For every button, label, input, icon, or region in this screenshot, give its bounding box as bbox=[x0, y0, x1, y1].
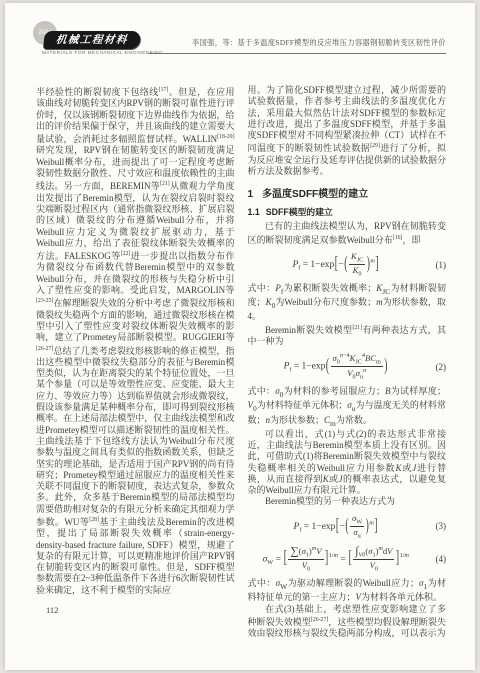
body-paragraph: 式中：σ0为材料的参考屈服应力；B为试样厚度；V0为材料特征单元体积；σu为与温… bbox=[248, 386, 447, 428]
body-paragraph: Beremin模型的另一种表达方式为 bbox=[248, 496, 447, 507]
journal-logo-banner: 机械工程材料 bbox=[43, 31, 141, 49]
equation-number: (3) bbox=[424, 521, 446, 531]
left-column: 半经验性的断裂韧度下包络线[17]。但是，在应用该曲线对韧脆转变区内RPV钢的断… bbox=[36, 85, 235, 640]
two-column-body: 半经验性的断裂韧度下包络线[17]。但是，在应用该曲线对韧脆转变区内RPV钢的断… bbox=[36, 85, 446, 640]
equation-number: (4) bbox=[424, 554, 446, 564]
equation-4: σW = [∑(σ1)mVV0]1/m = [∫V0(σ1)mdVV0]1/m … bbox=[248, 545, 447, 573]
body-paragraph-continuation: 半经验性的断裂韧度下包络线[17]。但是，在应用该曲线对韧脆转变区内RPV钢的断… bbox=[36, 85, 235, 596]
section-heading-1-1: 1.1SDFF模型的建立 bbox=[248, 205, 447, 218]
body-paragraph: 可以看出，式(1)与式(2)的表达形式非常接近，主曲线法与Beremin模型本质… bbox=[248, 429, 447, 497]
body-paragraph: Beremin断裂失效模型[21]有两种表达方式，其中一种为 bbox=[248, 323, 447, 348]
subsection-title: SDFF模型的建立 bbox=[266, 207, 333, 217]
equation-1: Pf = 1−exp[−(KJCK0)m] (1) bbox=[248, 251, 447, 278]
section-number: 1 bbox=[248, 189, 254, 200]
right-column: 用。为了简化SDFF模型建立过程，减少所需要的试验数据量，作者参考主曲线法的多温… bbox=[248, 85, 447, 640]
equation-3: Pf = 1−exp[−(σWσu)m] (3) bbox=[248, 513, 447, 540]
section-heading-1: 1多温度SDFF模型的建立 bbox=[248, 185, 447, 200]
section-title: 多温度SDFF模型的建立 bbox=[262, 189, 368, 200]
body-paragraph: 式中：σW为驱动解理断裂的Weibull应力；σ1为材料特征单元的第一主应力；V… bbox=[248, 578, 447, 603]
equation-number: (2) bbox=[424, 362, 446, 372]
page-number: 112 bbox=[46, 605, 58, 615]
subsection-number: 1.1 bbox=[248, 207, 260, 217]
body-paragraph: 在式(3)基础上，考虑塑性应变影响建立了多种断裂失效模型[26-27]，这些模型… bbox=[248, 604, 447, 640]
scanned-paper-page: 2024 机械工程材料 MATERIALS FOR MECHANICAL ENG… bbox=[0, 0, 480, 673]
body-paragraph: 用。为了简化SDFF模型建立过程，减少所需要的试验数据量，作者参考主曲线法的多温… bbox=[248, 85, 447, 177]
equation-body: Pf = 1−exp(σ0n−4KJC4BCmV0σun) bbox=[248, 352, 425, 381]
journal-title-cn: 机械工程材料 bbox=[55, 35, 128, 46]
page-header: 2024 机械工程材料 MATERIALS FOR MECHANICAL ENG… bbox=[36, 25, 446, 61]
equation-2: Pf = 1−exp(σ0n−4KJC4BCmV0σun) (2) bbox=[248, 352, 447, 381]
equation-body: Pf = 1−exp[−(KJCK0)m] bbox=[248, 251, 425, 278]
body-paragraph: 已有的主曲线法模型认为，RPV钢在韧脆转变区的断裂韧度满足双参数Weibull分… bbox=[248, 221, 447, 246]
body-paragraph: 式中：Pf为累积断裂失效概率；KJC为材料断裂韧度；K0为Weibull分布尺度… bbox=[248, 283, 447, 322]
running-head: 李国强，等：基于多温度SDFF模型的反应堆压力容器钢韧脆转变区韧性评价 bbox=[192, 38, 446, 48]
header-rule bbox=[148, 53, 446, 54]
page-sheet: 2024 机械工程材料 MATERIALS FOR MECHANICAL ENG… bbox=[5, 3, 475, 670]
equation-number: (1) bbox=[424, 260, 446, 270]
journal-logo: 2024 机械工程材料 MATERIALS FOR MECHANICAL ENG… bbox=[36, 25, 166, 55]
equation-body: σW = [∑(σ1)mVV0]1/m = [∫V0(σ1)mdVV0]1/m bbox=[248, 545, 425, 573]
equation-body: Pf = 1−exp[−(σWσu)m] bbox=[248, 513, 425, 540]
